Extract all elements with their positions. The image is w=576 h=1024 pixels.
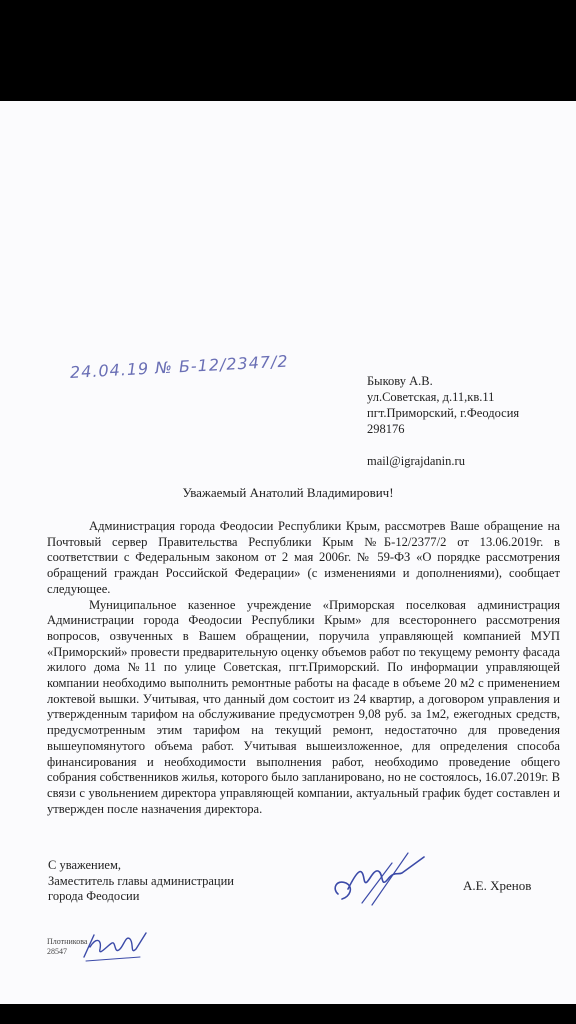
executor-signature-icon (80, 927, 150, 967)
recipient-address-block: Быкову А.В. ул.Советская, д.11,кв.11 пгт… (367, 373, 519, 469)
recipient-street: ул.Советская, д.11,кв.11 (367, 389, 519, 405)
recipient-name: Быкову А.В. (367, 373, 519, 389)
signer-name: А.Е. Хренов (463, 878, 531, 894)
paragraph-1: Администрация города Феодосии Республики… (47, 519, 560, 598)
handwritten-registration-number: 24.04.19 № Б-12/2347/2 (70, 352, 290, 382)
signature-icon (328, 849, 438, 909)
signer-organization: города Феодосии (48, 889, 234, 905)
letter-body: Администрация города Феодосии Республики… (47, 519, 560, 817)
salutation: Уважаемый Анатолий Владимирович! (0, 485, 576, 501)
paragraph-2: Муниципальное казенное учреждение «Примо… (47, 598, 560, 818)
recipient-postcode: 298176 (367, 421, 519, 437)
bottom-black-bar (0, 1004, 576, 1024)
closing-regards: С уважением, (48, 858, 234, 874)
recipient-email: mail@igrajdanin.ru (367, 453, 519, 469)
top-black-bar (0, 0, 576, 101)
recipient-locality: пгт.Приморский, г.Феодосия (367, 405, 519, 421)
signer-title: Заместитель главы администрации (48, 874, 234, 890)
scanned-letter-page: 24.04.19 № Б-12/2347/2 Быкову А.В. ул.Со… (0, 101, 576, 1004)
closing-block: С уважением, Заместитель главы администр… (48, 858, 234, 905)
